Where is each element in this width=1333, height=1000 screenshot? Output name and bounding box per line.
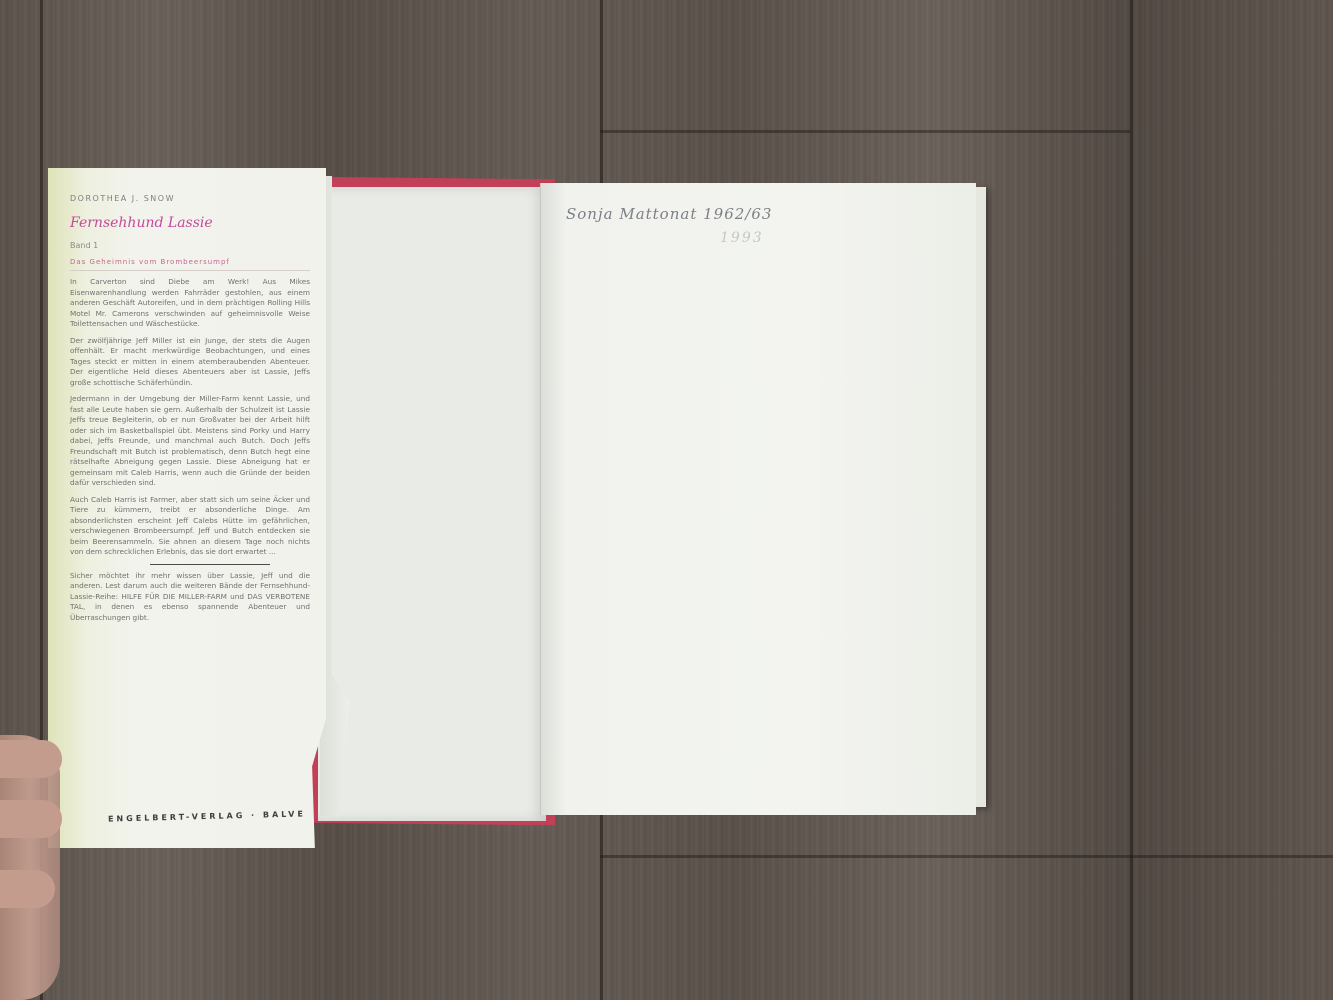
finger [0,870,55,908]
book-title: Fernsehhund Lassie [70,215,310,231]
blurb-paragraph: Der zwölfjährige Jeff Miller ist ein Jun… [70,336,310,389]
floor-seam [1130,0,1133,1000]
finger [0,800,62,838]
book-subtitle: Das Geheimnis vom Brombeersumpf [70,258,310,271]
blurb-paragraph: In Carverton sind Diebe am Werk! Aus Mik… [70,277,310,330]
floor-seam [600,855,1333,858]
blurb-paragraph: Auch Caleb Harris ist Farmer, aber statt… [70,495,310,558]
faint-inscription: 1993 [720,230,764,246]
divider [150,564,270,565]
finger [0,740,62,778]
volume-label: Band 1 [70,241,310,250]
blurb-paragraph: Jedermann in der Umgebung der Miller-Far… [70,394,310,489]
floor-seam [600,130,1130,133]
right-page[interactable] [540,183,976,815]
handwritten-inscription: Sonja Mattonat 1962/63 [566,205,772,223]
blurb: In Carverton sind Diebe am Werk! Aus Mik… [70,277,310,623]
blurb-paragraph: Sicher möchtet ihr mehr wissen über Lass… [70,571,310,624]
jacket-text: DOROTHEA J. SNOW Fernsehhund Lassie Band… [70,180,310,623]
left-endpaper [318,187,546,821]
author: DOROTHEA J. SNOW [70,194,310,203]
